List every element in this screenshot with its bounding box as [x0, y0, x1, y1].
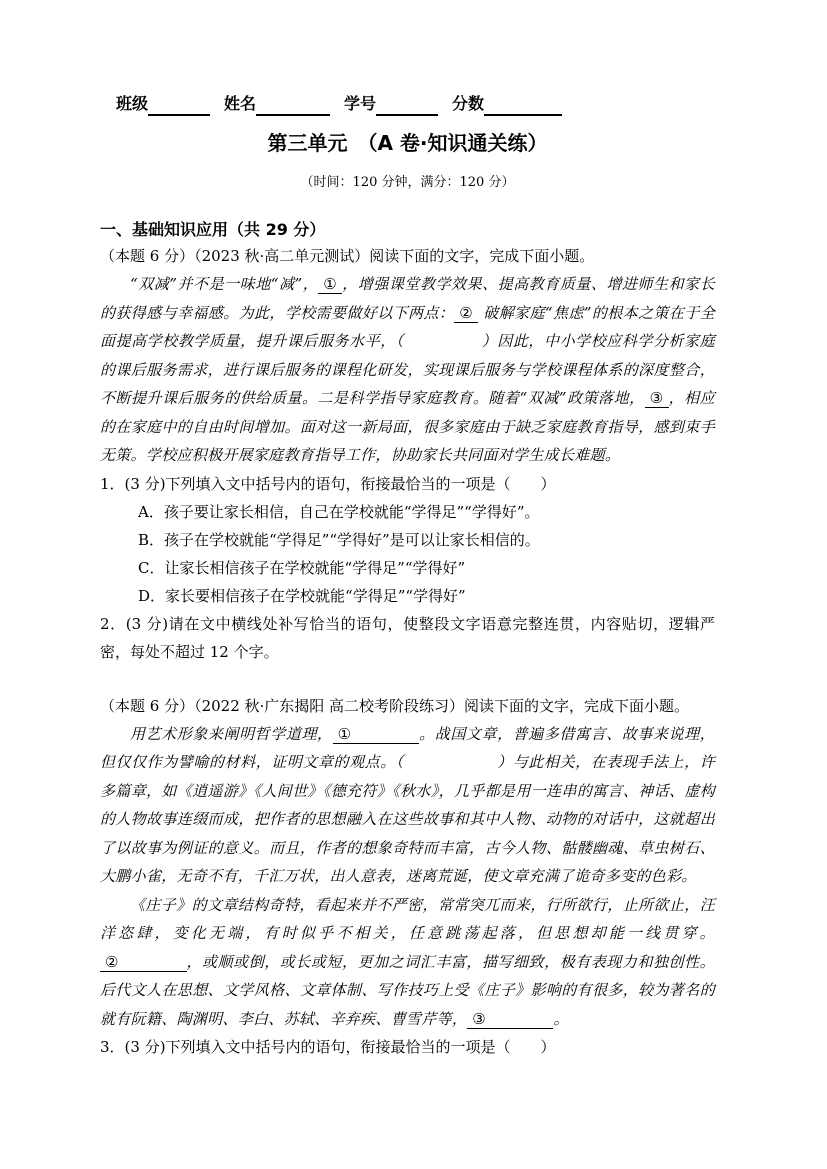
block2-passage-paragraph-2: 《庄子》的文章结构奇特，看起来并不严密，常常突兀而来，行所欲行，止所欲止，汪洋恣…	[100, 891, 715, 1034]
passage-text: ，或顺或倒，或长或短，更加之词汇丰富，描写细致，极有表现力和独创性。后代文人在思…	[100, 953, 715, 1028]
fill-in-blank: ②	[454, 304, 478, 323]
fill-in-blank: ①	[318, 275, 342, 294]
passage-text: 用艺术形象来阐明哲学道理，	[130, 725, 333, 743]
score-field: 分数	[452, 92, 562, 116]
block2-intro: （本题 6 分）（2022 秋·广东揭阳 高二校考阶段练习）阅读下面的文字，完成…	[100, 692, 715, 720]
question-1-option-d: D．家长要相信孩子在学校就能“学得足”“学得好”	[100, 582, 715, 610]
fill-in-blank: ①	[333, 725, 420, 744]
exam-page: 班级 姓名 学号 分数 第三单元 （A 卷·知识通关练） （时间：120 分钟，…	[0, 0, 827, 1169]
class-field: 班级	[116, 92, 210, 116]
score-field-label: 分数	[452, 92, 484, 116]
passage-text: “双减”并不是一味地“减”，	[130, 275, 318, 293]
student-number-blank-line	[376, 96, 438, 116]
name-field-label: 姓名	[224, 92, 256, 116]
student-info-header: 班级 姓名 学号 分数	[116, 92, 715, 116]
question-1-stem: 1．(3 分)下列填入文中括号内的语句，衔接最恰当的一项是（ ）	[100, 470, 715, 498]
score-blank-line	[484, 96, 562, 116]
block1-passage: “双减”并不是一味地“减”，①，增强课堂教学效果、提高教育质量、增进师生和家长的…	[100, 270, 715, 470]
passage-text: 。	[553, 1010, 568, 1028]
section-one-heading: 一、基础知识应用（共 29 分）	[100, 218, 715, 242]
class-field-label: 班级	[116, 92, 148, 116]
block1-intro: （本题 6 分）（2023 秋·高二单元测试）阅读下面的文字，完成下面小题。	[100, 242, 715, 270]
question-1-option-c: C．让家长相信孩子在学校就能“学得足”“学得好”	[100, 554, 715, 582]
question-1-option-b: B．孩子在学校就能“学得足”“学得好”是可以让家长相信的。	[100, 526, 715, 554]
block2-passage-paragraph-1: 用艺术形象来阐明哲学道理，①。战国文章，普遍多借寓言、故事来说理，但仅仅作为譬喻…	[100, 720, 715, 891]
student-number-field: 学号	[344, 92, 438, 116]
fill-in-blank: ③	[645, 389, 669, 408]
question-2-stem: 2．(3 分)请在文中横线处补写恰当的语句，使整段文字语意完整连贯，内容贴切，逻…	[100, 610, 715, 666]
unit-title: 第三单元 （A 卷·知识通关练）	[100, 128, 715, 158]
question-1-options: A．孩子要让家长相信，自己在学校就能“学得足”“学得好”。 B．孩子在学校就能“…	[100, 498, 715, 610]
student-number-field-label: 学号	[344, 92, 376, 116]
question-1-option-a: A．孩子要让家长相信，自己在学校就能“学得足”“学得好”。	[100, 498, 715, 526]
time-score-note: （时间：120 分钟，满分：120 分）	[100, 173, 715, 193]
class-blank-line	[148, 96, 210, 116]
fill-in-blank: ②	[100, 953, 187, 972]
fill-in-blank: ③	[467, 1010, 553, 1029]
question-3-stem: 3．(3 分)下列填入文中括号内的语句，衔接最恰当的一项是（ ）	[100, 1033, 715, 1061]
passage-text: 。战国文章，普遍多借寓言、故事来说理，但仅仅作为譬喻的材料，证明文章的观点。（ …	[100, 725, 715, 886]
name-blank-line	[256, 96, 330, 116]
name-field: 姓名	[224, 92, 330, 116]
passage-text: 《庄子》的文章结构奇特，看起来并不严密，常常突兀而来，行所欲行，止所欲止，汪洋恣…	[100, 896, 715, 943]
